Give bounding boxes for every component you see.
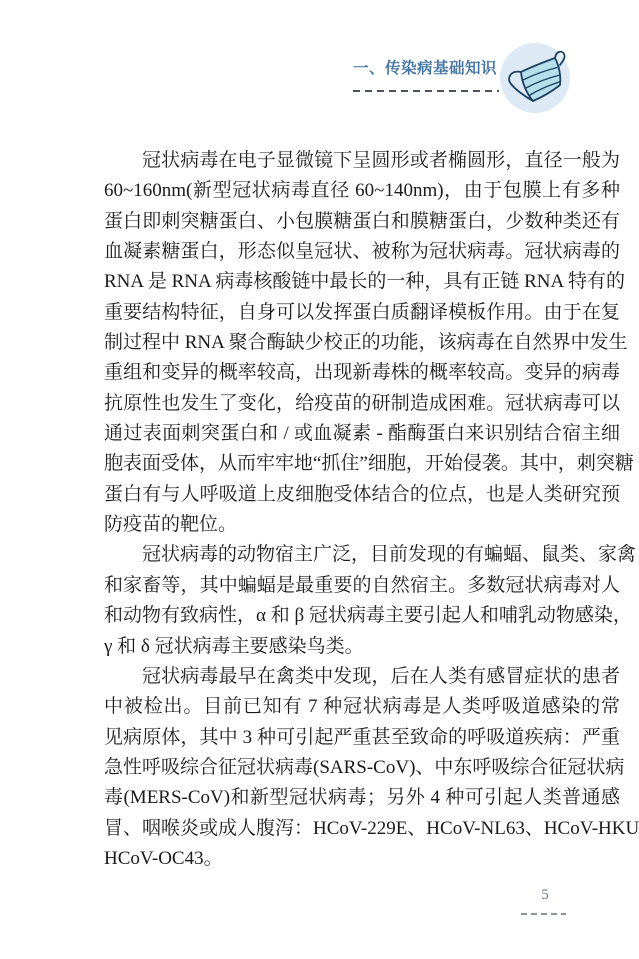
text-line: 见病原体，其中 3 种可引起严重甚至致命的呼吸道疾病：严重 <box>104 723 620 753</box>
text-line: 血凝素糖蛋白，形态似皇冠状、被称为冠状病毒。冠状病毒的 <box>104 237 620 267</box>
text-line: 防疫苗的靶位。 <box>104 510 620 540</box>
text-line: 60~160nm(新型冠状病毒直径 60~140nm)，由于包膜上有多种 <box>104 176 620 206</box>
text-line: 蛋白有与人呼吸道上皮细胞受体结合的位点，也是人类研究预 <box>104 480 620 510</box>
text-line: 和动物有致病性，α 和 β 冠状病毒主要引起人和哺乳动物感染， <box>104 601 620 631</box>
text-line: 蛋白即刺突糖蛋白、小包膜糖蛋白和膜糖蛋白，少数种类还有 <box>104 207 620 237</box>
text-line: 冒、咽喉炎或成人腹泻：HCoV-229E、HCoV-NL63、HCoV-HKU1… <box>104 814 620 844</box>
text-line: γ 和 δ 冠状病毒主要感染鸟类。 <box>104 632 620 662</box>
page-header: 一、传染病基础知识 <box>353 56 499 92</box>
text-line: 胞表面受体，从而牢牢地“抓住”细胞，开始侵袭。其中，刺突糖 <box>104 449 620 479</box>
face-mask-icon <box>500 43 570 113</box>
header-dashed-rule <box>353 90 499 92</box>
page-number: 5 <box>528 887 562 904</box>
body-text: 冠状病毒在电子显微镜下呈圆形或者椭圆形，直径一般为60~160nm(新型冠状病毒… <box>104 146 620 874</box>
text-line: 通过表面刺突蛋白和 / 或血凝素 - 酯酶蛋白来识别结合宿主细 <box>104 419 620 449</box>
text-line: RNA 是 RNA 病毒核酸链中最长的一种，具有正链 RNA 特有的 <box>104 267 620 297</box>
section-title: 一、传染病基础知识 <box>353 56 499 78</box>
text-line: HCoV-OC43。 <box>104 844 620 874</box>
text-line: 中被检出。目前已知有 7 种冠状病毒是人类呼吸道感染的常 <box>104 692 620 722</box>
text-line: 和家畜等，其中蝙蝠是最重要的自然宿主。多数冠状病毒对人 <box>104 571 620 601</box>
page-number-dashed-rule <box>521 913 566 915</box>
text-line: 冠状病毒的动物宿主广泛，目前发现的有蝙蝠、鼠类、家禽 <box>104 540 620 570</box>
text-line: 冠状病毒在电子显微镜下呈圆形或者椭圆形，直径一般为 <box>104 146 620 176</box>
text-line: 冠状病毒最早在禽类中发现，后在人类有感冒症状的患者 <box>104 662 620 692</box>
text-line: 重要结构特征，自身可以发挥蛋白质翻译模板作用。由于在复 <box>104 298 620 328</box>
text-line: 重组和变异的概率较高，出现新毒株的概率较高。变异的病毒 <box>104 358 620 388</box>
text-line: 急性呼吸综合征冠状病毒(SARS-CoV)、中东呼吸综合征冠状病 <box>104 753 620 783</box>
text-line: 毒(MERS-CoV)和新型冠状病毒；另外 4 种可引起人类普通感 <box>104 783 620 813</box>
book-page: 一、传染病基础知识 冠状病毒在电子显微镜下呈圆形或者椭圆形，直径一般为60~16… <box>0 0 639 959</box>
text-line: 抗原性也发生了变化，给疫苗的研制造成困难。冠状病毒可以 <box>104 389 620 419</box>
text-line: 制过程中 RNA 聚合酶缺少校正的功能，该病毒在自然界中发生 <box>104 328 620 358</box>
